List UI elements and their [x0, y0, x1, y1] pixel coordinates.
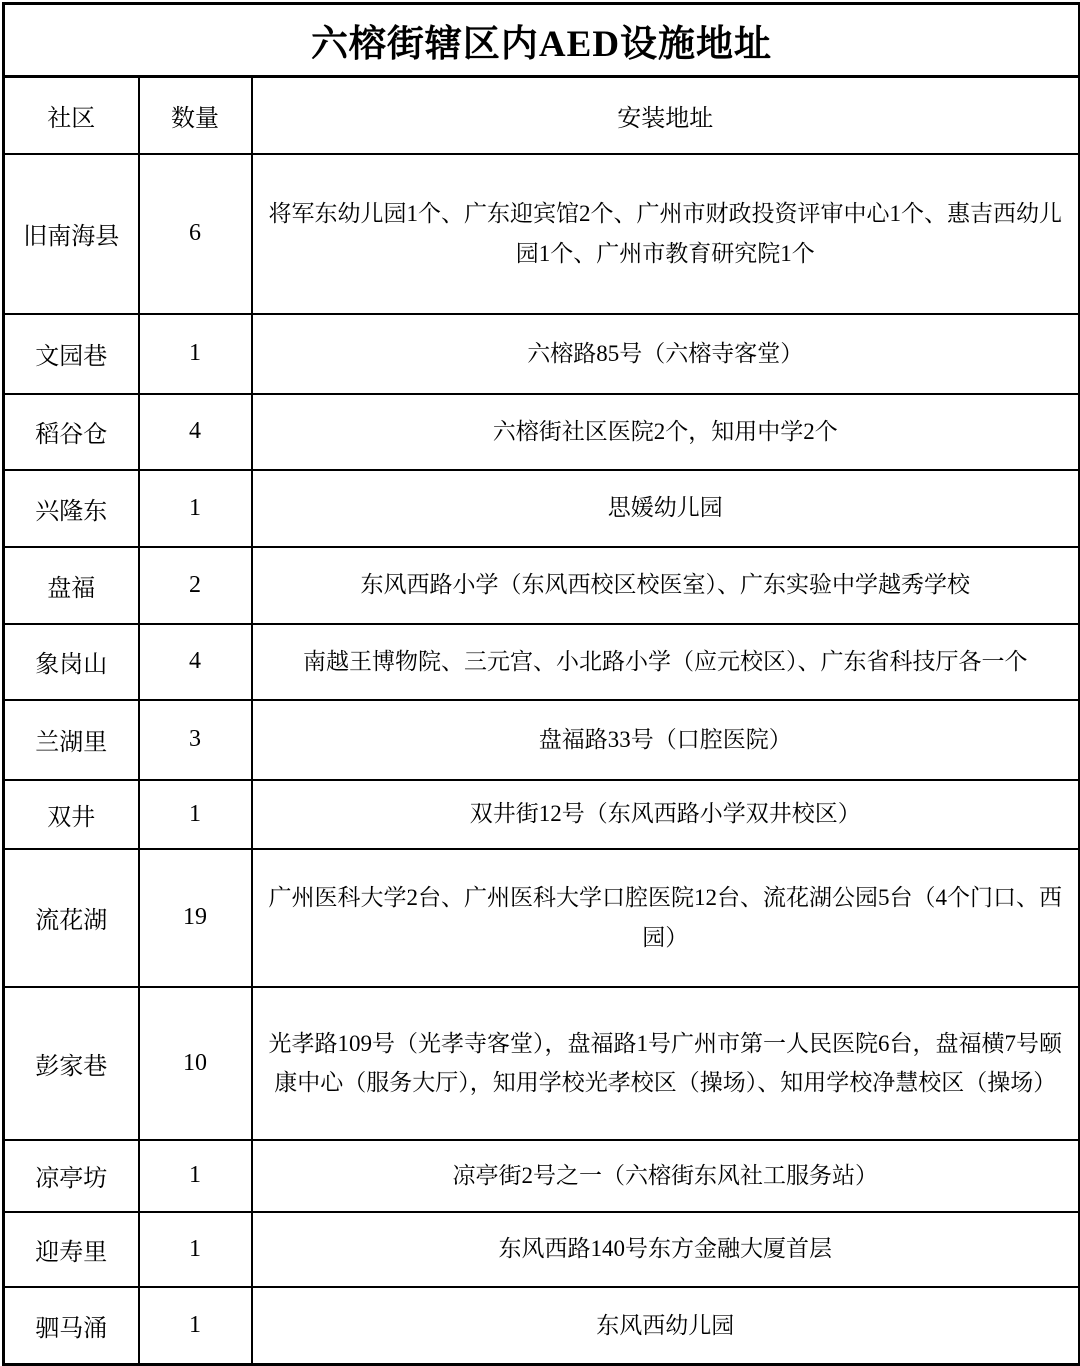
table-row: 双井 1 双井街12号（东风西路小学双井校区） [4, 780, 1080, 849]
count-cell: 19 [139, 849, 252, 987]
table-row: 文园巷 1 六榕路85号（六榕寺客堂） [4, 314, 1080, 394]
address-cell: 双井街12号（东风西路小学双井校区） [252, 780, 1080, 849]
count-cell: 1 [139, 314, 252, 394]
table-row: 兴隆东 1 思媛幼儿园 [4, 470, 1080, 547]
community-cell: 凉亭坊 [4, 1140, 139, 1212]
count-cell: 6 [139, 154, 252, 314]
count-cell: 2 [139, 547, 252, 624]
table-row: 兰湖里 3 盘福路33号（口腔医院） [4, 700, 1080, 780]
community-cell: 彭家巷 [4, 987, 139, 1140]
address-cell: 南越王博物院、三元宫、小北路小学（应元校区）、广东省科技厅各一个 [252, 624, 1080, 700]
count-cell: 1 [139, 780, 252, 849]
community-cell: 兰湖里 [4, 700, 139, 780]
table-row: 彭家巷 10 光孝路109号（光孝寺客堂），盘福路1号广州市第一人民医院6台，盘… [4, 987, 1080, 1140]
table-row: 凉亭坊 1 凉亭街2号之一（六榕街东风社工服务站） [4, 1140, 1080, 1212]
count-cell: 1 [139, 1140, 252, 1212]
column-header-address: 安装地址 [252, 77, 1080, 154]
table-row: 迎寿里 1 东风西路140号东方金融大厦首层 [4, 1212, 1080, 1287]
document-page: 六榕街辖区内AED设施地址 社区 数量 安装地址 旧南海县 6 将军东幼儿园1个… [0, 0, 1080, 1365]
address-cell: 东风西幼儿园 [252, 1287, 1080, 1365]
address-cell: 六榕街社区医院2个，知用中学2个 [252, 394, 1080, 470]
address-cell: 凉亭街2号之一（六榕街东风社工服务站） [252, 1140, 1080, 1212]
table-row: 旧南海县 6 将军东幼儿园1个、广东迎宾馆2个、广州市财政投资评审中心1个、惠吉… [4, 154, 1080, 314]
table-title: 六榕街辖区内AED设施地址 [4, 4, 1080, 77]
address-cell: 光孝路109号（光孝寺客堂），盘福路1号广州市第一人民医院6台，盘福横7号颐康中… [252, 987, 1080, 1140]
community-cell: 文园巷 [4, 314, 139, 394]
count-cell: 3 [139, 700, 252, 780]
table-row: 流花湖 19 广州医科大学2台、广州医科大学口腔医院12台、流花湖公园5台（4个… [4, 849, 1080, 987]
aed-address-table: 六榕街辖区内AED设施地址 社区 数量 安装地址 旧南海县 6 将军东幼儿园1个… [2, 2, 1080, 1366]
community-cell: 象岗山 [4, 624, 139, 700]
address-cell: 思媛幼儿园 [252, 470, 1080, 547]
count-cell: 1 [139, 470, 252, 547]
count-cell: 10 [139, 987, 252, 1140]
table-row: 盘福 2 东风西路小学（东风西校区校医室）、广东实验中学越秀学校 [4, 547, 1080, 624]
community-cell: 流花湖 [4, 849, 139, 987]
address-cell: 将军东幼儿园1个、广东迎宾馆2个、广州市财政投资评审中心1个、惠吉西幼儿园1个、… [252, 154, 1080, 314]
community-cell: 稻谷仓 [4, 394, 139, 470]
count-cell: 1 [139, 1212, 252, 1287]
title-row: 六榕街辖区内AED设施地址 [4, 4, 1080, 77]
community-cell: 迎寿里 [4, 1212, 139, 1287]
community-cell: 兴隆东 [4, 470, 139, 547]
count-cell: 4 [139, 394, 252, 470]
table-row: 驷马涌 1 东风西幼儿园 [4, 1287, 1080, 1365]
address-cell: 东风西路小学（东风西校区校医室）、广东实验中学越秀学校 [252, 547, 1080, 624]
count-cell: 1 [139, 1287, 252, 1365]
community-cell: 驷马涌 [4, 1287, 139, 1365]
community-cell: 旧南海县 [4, 154, 139, 314]
address-cell: 东风西路140号东方金融大厦首层 [252, 1212, 1080, 1287]
community-cell: 双井 [4, 780, 139, 849]
column-header-community: 社区 [4, 77, 139, 154]
address-cell: 广州医科大学2台、广州医科大学口腔医院12台、流花湖公园5台（4个门口、西园） [252, 849, 1080, 987]
column-header-count: 数量 [139, 77, 252, 154]
community-cell: 盘福 [4, 547, 139, 624]
address-cell: 盘福路33号（口腔医院） [252, 700, 1080, 780]
table-row: 稻谷仓 4 六榕街社区医院2个，知用中学2个 [4, 394, 1080, 470]
header-row: 社区 数量 安装地址 [4, 77, 1080, 154]
table-row: 象岗山 4 南越王博物院、三元宫、小北路小学（应元校区）、广东省科技厅各一个 [4, 624, 1080, 700]
count-cell: 4 [139, 624, 252, 700]
address-cell: 六榕路85号（六榕寺客堂） [252, 314, 1080, 394]
